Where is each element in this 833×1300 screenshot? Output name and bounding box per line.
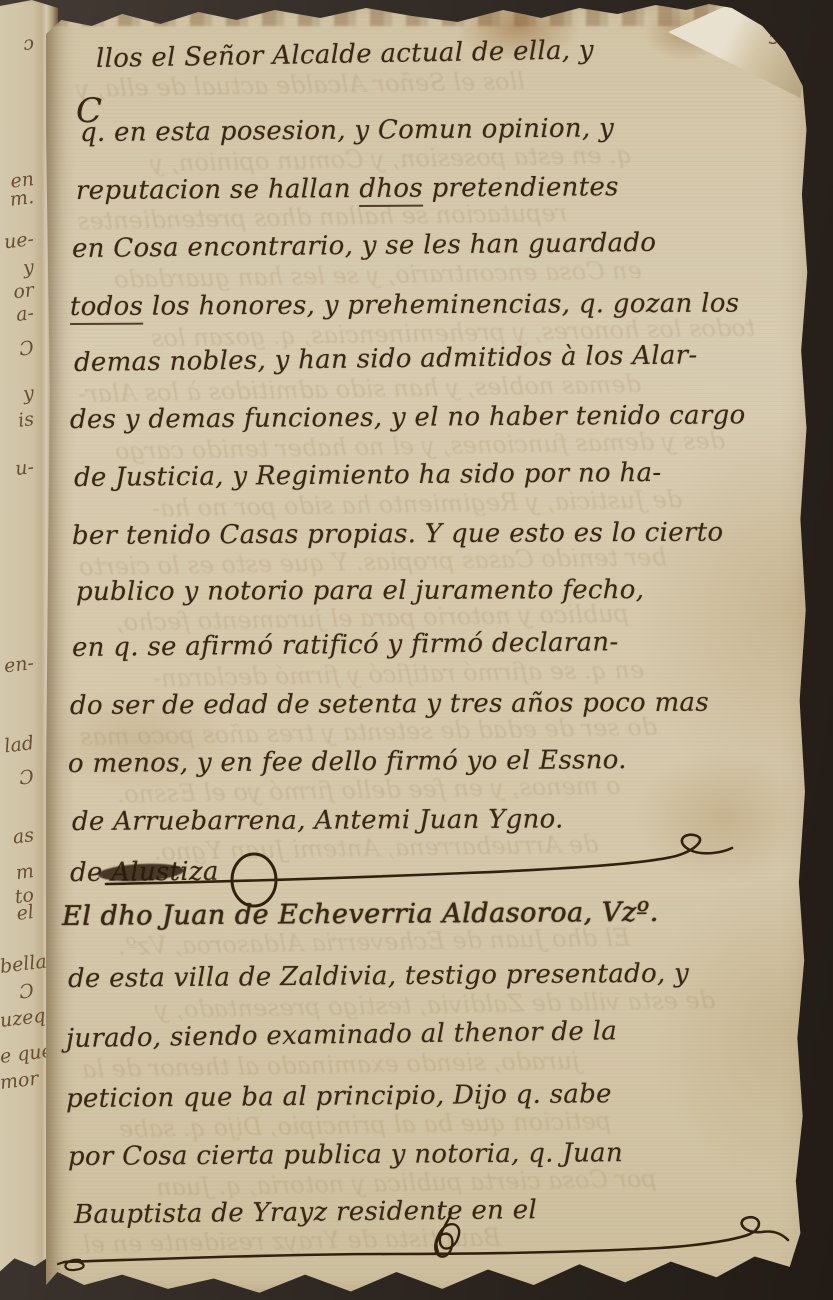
margin-text-fragment: lad: [0, 734, 35, 757]
manuscript-line: en q. se afirmó ratificó y firmó declara…: [72, 629, 619, 661]
manuscript-line: Bauptista de Yrayz residente en el: [74, 1197, 537, 1228]
bleedthrough-line: por Cosa cierta publica y notoria, q. Ju…: [156, 1167, 657, 1200]
bleedthrough-line: de Justicia, y Regimiento ha sido por no…: [152, 487, 682, 520]
manuscript-line: reputacion se hallan dhos pretendientes: [76, 174, 619, 204]
margin-text-fragment: e que: [0, 1044, 35, 1067]
margin-text-fragment: or: [0, 281, 35, 304]
bleedthrough-line: reputacion se hallan dhos pretendientes: [77, 201, 568, 234]
manuscript-line: todos los honores, y preheminencias, q. …: [70, 290, 740, 320]
margin-text-fragment: y: [0, 258, 35, 281]
manuscript-line: ber tenido Casas propias. Y que esto es …: [72, 520, 724, 549]
margin-text-fragment: m: [0, 862, 35, 885]
bleedthrough-line: Bauptista de Yrayz residente en el: [83, 1225, 501, 1256]
manuscript-line: o menos, y en fee dello firmó yo el Essn…: [68, 747, 627, 777]
margin-text-fragment: u-: [0, 458, 35, 481]
manuscript-line: do ser de edad de setenta y tres años po…: [70, 690, 709, 719]
manuscript-line: de Arruebarrena, Antemi Juan Ygno.: [72, 806, 564, 835]
margin-text-fragment: mor: [0, 1070, 35, 1093]
margin-text-fragment: Ɔ: [0, 339, 35, 362]
margin-text-fragment: as: [0, 826, 35, 849]
margin-text-fragment: bella: [0, 954, 35, 977]
bleedthrough-line: o menos, y en fee dello firmó yo el Essn…: [117, 774, 621, 807]
manuscript-line: por Cosa cierta publica y notoria, q. Ju…: [68, 1140, 623, 1170]
margin-text-fragment: is: [0, 410, 35, 433]
manuscript-line: demas nobles, y han sido admitidos à los…: [74, 342, 698, 376]
bleedthrough-line: en Cosa encontrario, y se les han guarda…: [114, 258, 642, 291]
bleedthrough-line: de esta villa de Zaldivia, testigo prese…: [155, 988, 715, 1022]
manuscript-photograph: ɔenm.ue-yora-Ɔyisu-en-ladƆasmtoelbellaƆu…: [0, 0, 833, 1300]
manuscript-line: publico y notorio para el juramento fech…: [76, 577, 644, 605]
bleedthrough-line: peticion que ba al principio, Dijo q. sa…: [119, 1109, 612, 1142]
manuscript-line: des y demas funciones, y el no haber ten…: [70, 402, 746, 433]
folded-corner: [668, 6, 806, 106]
margin-text-fragment: y: [0, 384, 35, 407]
manuscript-line: llos el Señor Alcalde actual de ella, y: [96, 37, 594, 72]
manuscript-line: de Justicia, y Regimiento ha sido por no…: [74, 460, 662, 491]
manuscript-line: q. en esta posesion, y Comun opinion, y: [80, 115, 614, 146]
bleedthrough-line: jurado, siendo examinado al thenor de la: [82, 1049, 580, 1082]
manuscript-line: en Cosa encontrario, y se les han guarda…: [72, 230, 657, 262]
margin-text-fragment: ɔ: [0, 34, 35, 57]
margin-text-fragment: Ɔ: [0, 982, 35, 1005]
manuscript-line: jurado, siendo examinado al thenor de la: [66, 1018, 617, 1052]
margin-text-fragment: Ɔ: [0, 768, 35, 791]
bleedthrough-line: llos el Señor Alcalde actual de ella, y: [76, 69, 525, 101]
bleedthrough-line: en q. se afirmó ratificó y firmó declara…: [153, 658, 645, 691]
bleedthrough-line: de Arruebarrena, Antemi Juan Ygno.: [154, 832, 599, 864]
margin-text-fragment: ue-: [0, 230, 35, 253]
manuscript-line: peticion que ba al principio, Dijo q. sa…: [66, 1081, 612, 1112]
margin-text-fragment: a-: [0, 304, 35, 327]
bleedthrough-line: q. en esta posesion, y Comun opinion, y: [150, 143, 633, 175]
margin-text-fragment: en-: [0, 654, 35, 677]
margin-text-fragment: el: [0, 903, 35, 926]
manuscript-line: El dho Juan de Echeverria Aldasoroa, Vzº…: [62, 899, 659, 930]
margin-text-fragment: m.: [0, 188, 35, 211]
margin-text-fragment: uzeq: [0, 1008, 35, 1031]
manuscript-page: 5 llos el Señor Alcalde actual de ella, …: [46, 0, 808, 1298]
manuscript-line: de esta villa de Zaldivia, testigo prese…: [68, 961, 689, 992]
